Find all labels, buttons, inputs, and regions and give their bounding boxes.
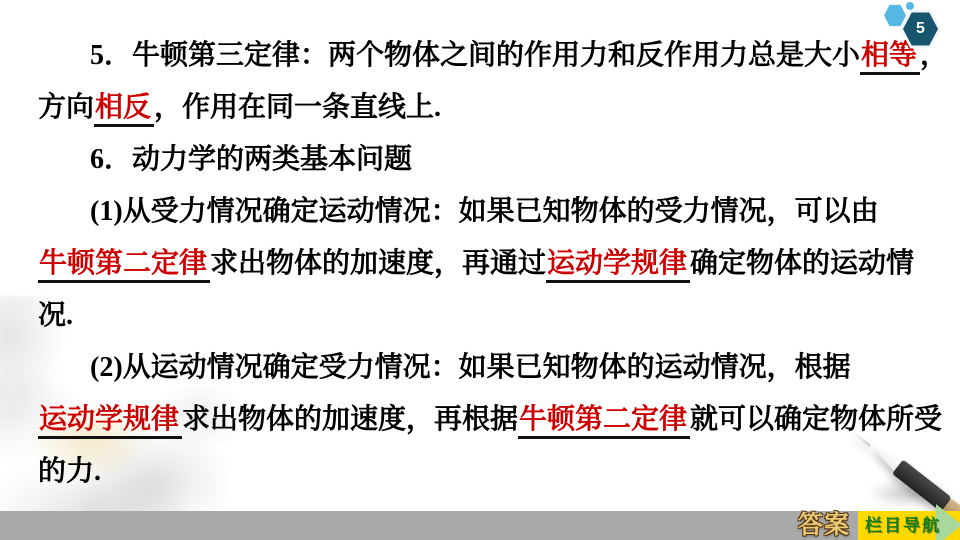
body-text: 就可以确定物体所受	[690, 404, 942, 435]
text-line: 的力.	[38, 446, 924, 498]
body-text: (1)从受力情况确定运动情况：如果已知物体的受力情况，可以由	[90, 196, 879, 227]
body-text: 求出物体的加速度，再根据	[182, 404, 518, 435]
body-text: 确定物体的运动情	[690, 248, 914, 279]
section-nav-label: 栏目导航	[865, 511, 941, 540]
slide-body-text: 5．牛顿第三定律：两个物体之间的作用力和反作用力总是大小相等，方向相反，作用在同…	[38, 30, 924, 498]
text-line: 5．牛顿第三定律：两个物体之间的作用力和反作用力总是大小相等，	[38, 30, 924, 82]
body-text: ，作用在同一条直线上.	[154, 92, 441, 123]
text-line: 6．动力学的两类基本问题	[38, 134, 924, 186]
page-number-badge: 5	[884, 2, 942, 50]
answer-blank-text: 运动学规律	[546, 248, 690, 283]
answer-button[interactable]: 答案	[798, 511, 850, 540]
text-line: (2)从运动情况确定受力情况：如果已知物体的运动情况，根据	[38, 342, 924, 394]
section-nav-button[interactable]: 栏目导航	[858, 511, 960, 540]
hexagon-badge-icon: 5	[900, 8, 941, 50]
decorative-dot-icon	[906, 2, 914, 10]
body-text: 6．动力学的两类基本问题	[90, 144, 412, 175]
text-line: (1)从受力情况确定运动情况：如果已知物体的受力情况，可以由	[38, 186, 924, 238]
body-text: 5．牛顿第三定律：两个物体之间的作用力和反作用力总是大小	[90, 40, 860, 71]
body-text: 求出物体的加速度，再通过	[210, 248, 546, 279]
body-text: (2)从运动情况确定受力情况：如果已知物体的运动情况，根据	[90, 352, 851, 383]
text-line: 况.	[38, 290, 924, 342]
body-text: 况.	[38, 300, 73, 331]
answer-blank-text: 牛顿第二定律	[518, 404, 690, 439]
text-line: 运动学规律求出物体的加速度，再根据牛顿第二定律就可以确定物体所受	[38, 394, 924, 446]
page-number: 5	[916, 20, 925, 38]
footer-bar: 答案 栏目导航	[0, 511, 960, 540]
text-line: 方向相反，作用在同一条直线上.	[38, 82, 924, 134]
decorative-hexagon-icon	[884, 4, 906, 27]
answer-blank-text: 牛顿第二定律	[38, 248, 210, 283]
text-line: 牛顿第二定律求出物体的加速度，再通过运动学规律确定物体的运动情	[38, 238, 924, 290]
slide: 5．牛顿第三定律：两个物体之间的作用力和反作用力总是大小相等，方向相反，作用在同…	[0, 0, 960, 540]
answer-blank-text: 相反	[94, 92, 154, 127]
body-text: 方向	[38, 92, 94, 123]
answer-blank-text: 运动学规律	[38, 404, 182, 439]
body-text: 的力.	[38, 456, 101, 487]
